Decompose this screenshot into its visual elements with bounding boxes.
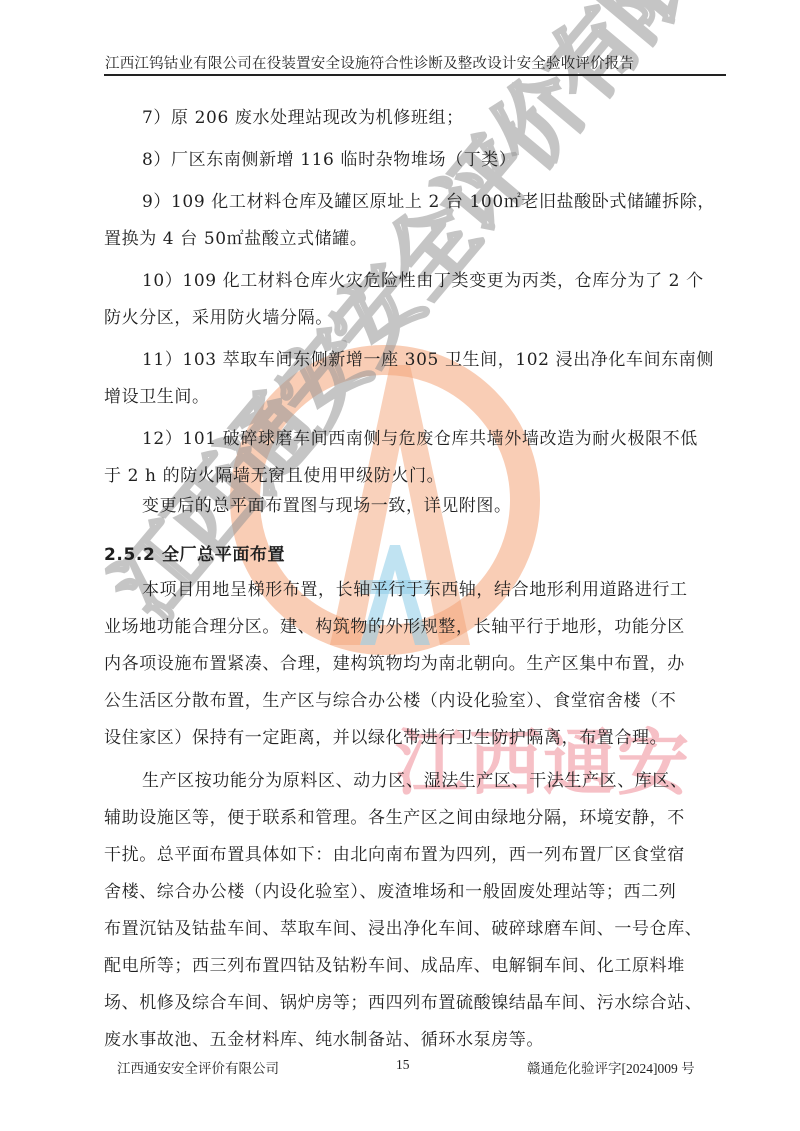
paragraph-2-line-6: 配电所等；西三列布置四钴及钴粉车间、成品库、电解铜车间、化工原料堆 [104,951,685,976]
section-number: 2.5.2 [104,545,155,565]
list-item-12: 12）101 破碎球磨车间西南侧与危废仓库共墙外墙改造为耐火极限不低 [142,424,698,449]
list-item-10-cont: 防火分区，采用防火墙分隔。 [104,303,333,328]
list-item-9: 9）109 化工材料仓库及罐区原址上 2 台 100㎡老旧盐酸卧式储罐拆除， [142,187,715,212]
section-title: 全厂总平面布置 [162,545,285,565]
header-divider [104,74,726,76]
list-item-11: 11）103 萃取车间东侧新增一座 305 卫生间，102 浸出净化车间东南侧 [142,345,714,370]
list-item-10: 10）109 化工材料仓库火灾危险性由丁类变更为丙类，仓库分为了 2 个 [142,266,704,291]
paragraph-2-line-7: 场、机修及综合车间、锅炉房等；西四列布置硫酸镍结晶车间、污水综合站、 [104,988,702,1013]
footer-report-number: 赣通危化验评字[2024]009 号 [527,1057,695,1077]
paragraph-2-line-8: 废水事故池、五金材料库、纯水制备站、循环水泵房等。 [104,1025,544,1050]
paragraph-2-line-4: 舍楼、综合办公楼（内设化验室）、废渣堆场和一般固废处理站等；西二列 [104,877,676,902]
list-item-11-cont: 增设卫生间。 [104,382,210,407]
list-item-12-cont: 于 2 h 的防火隔墙无窗且使用甲级防火门。 [104,461,444,486]
paragraph-2-line-2: 辅助设施区等，便于联系和管理。各生产区之间由绿地分隔，环境安静，不 [104,803,685,828]
paragraph-1-line-4: 公生活区分散布置，生产区与综合办公楼（内设化验室）、食堂宿舍楼（不 [104,686,676,711]
paragraph-1-line-1: 本项目用地呈梯形布置，长轴平行于东西轴，结合地形利用道路进行工 [142,575,688,600]
list-item-7: 7）原 206 废水处理站现改为机修班组； [142,103,464,128]
paragraph-2-line-1: 生产区按功能分为原料区、动力区、湿法生产区、干法生产区、库区、 [142,766,688,791]
paragraph-1-line-2: 业场地功能合理分区。建、构筑物的外形规整，长轴平行于地形，功能分区 [104,612,685,637]
page-header-title: 江西江钨钴业有限公司在役装置安全设施符合性诊断及整改设计安全验收评价报告 [105,52,634,73]
paragraph-1-line-5: 设住家区）保持有一定距离，并以绿化带进行卫生防护隔离，布置合理。 [104,723,667,748]
paragraph-2-line-5: 布置沉钴及钴盐车间、萃取车间、浸出净化车间、破碎球磨车间、一号仓库、 [104,914,702,939]
list-item-9-cont: 置换为 4 台 50㎡盐酸立式储罐。 [104,224,367,249]
paragraph-1-line-3: 内各项设施布置紧凑、合理，建构筑物均为南北朝向。生产区集中布置，办 [104,649,685,674]
list-item-8: 8）厂区东南侧新增 116 临时杂物堆场（丁类） [142,145,516,170]
summary-text: 变更后的总平面布置图与现场一致，详见附图。 [142,491,512,516]
footer-page-number: 15 [396,1057,410,1073]
section-heading: 2.5.2 全厂总平面布置 [104,540,285,565]
paragraph-2-line-3: 干扰。总平面布置具体如下：由北向南布置为四列，西一列布置厂区食堂宿 [104,840,685,865]
footer-company: 江西通安安全评价有限公司 [117,1057,279,1077]
